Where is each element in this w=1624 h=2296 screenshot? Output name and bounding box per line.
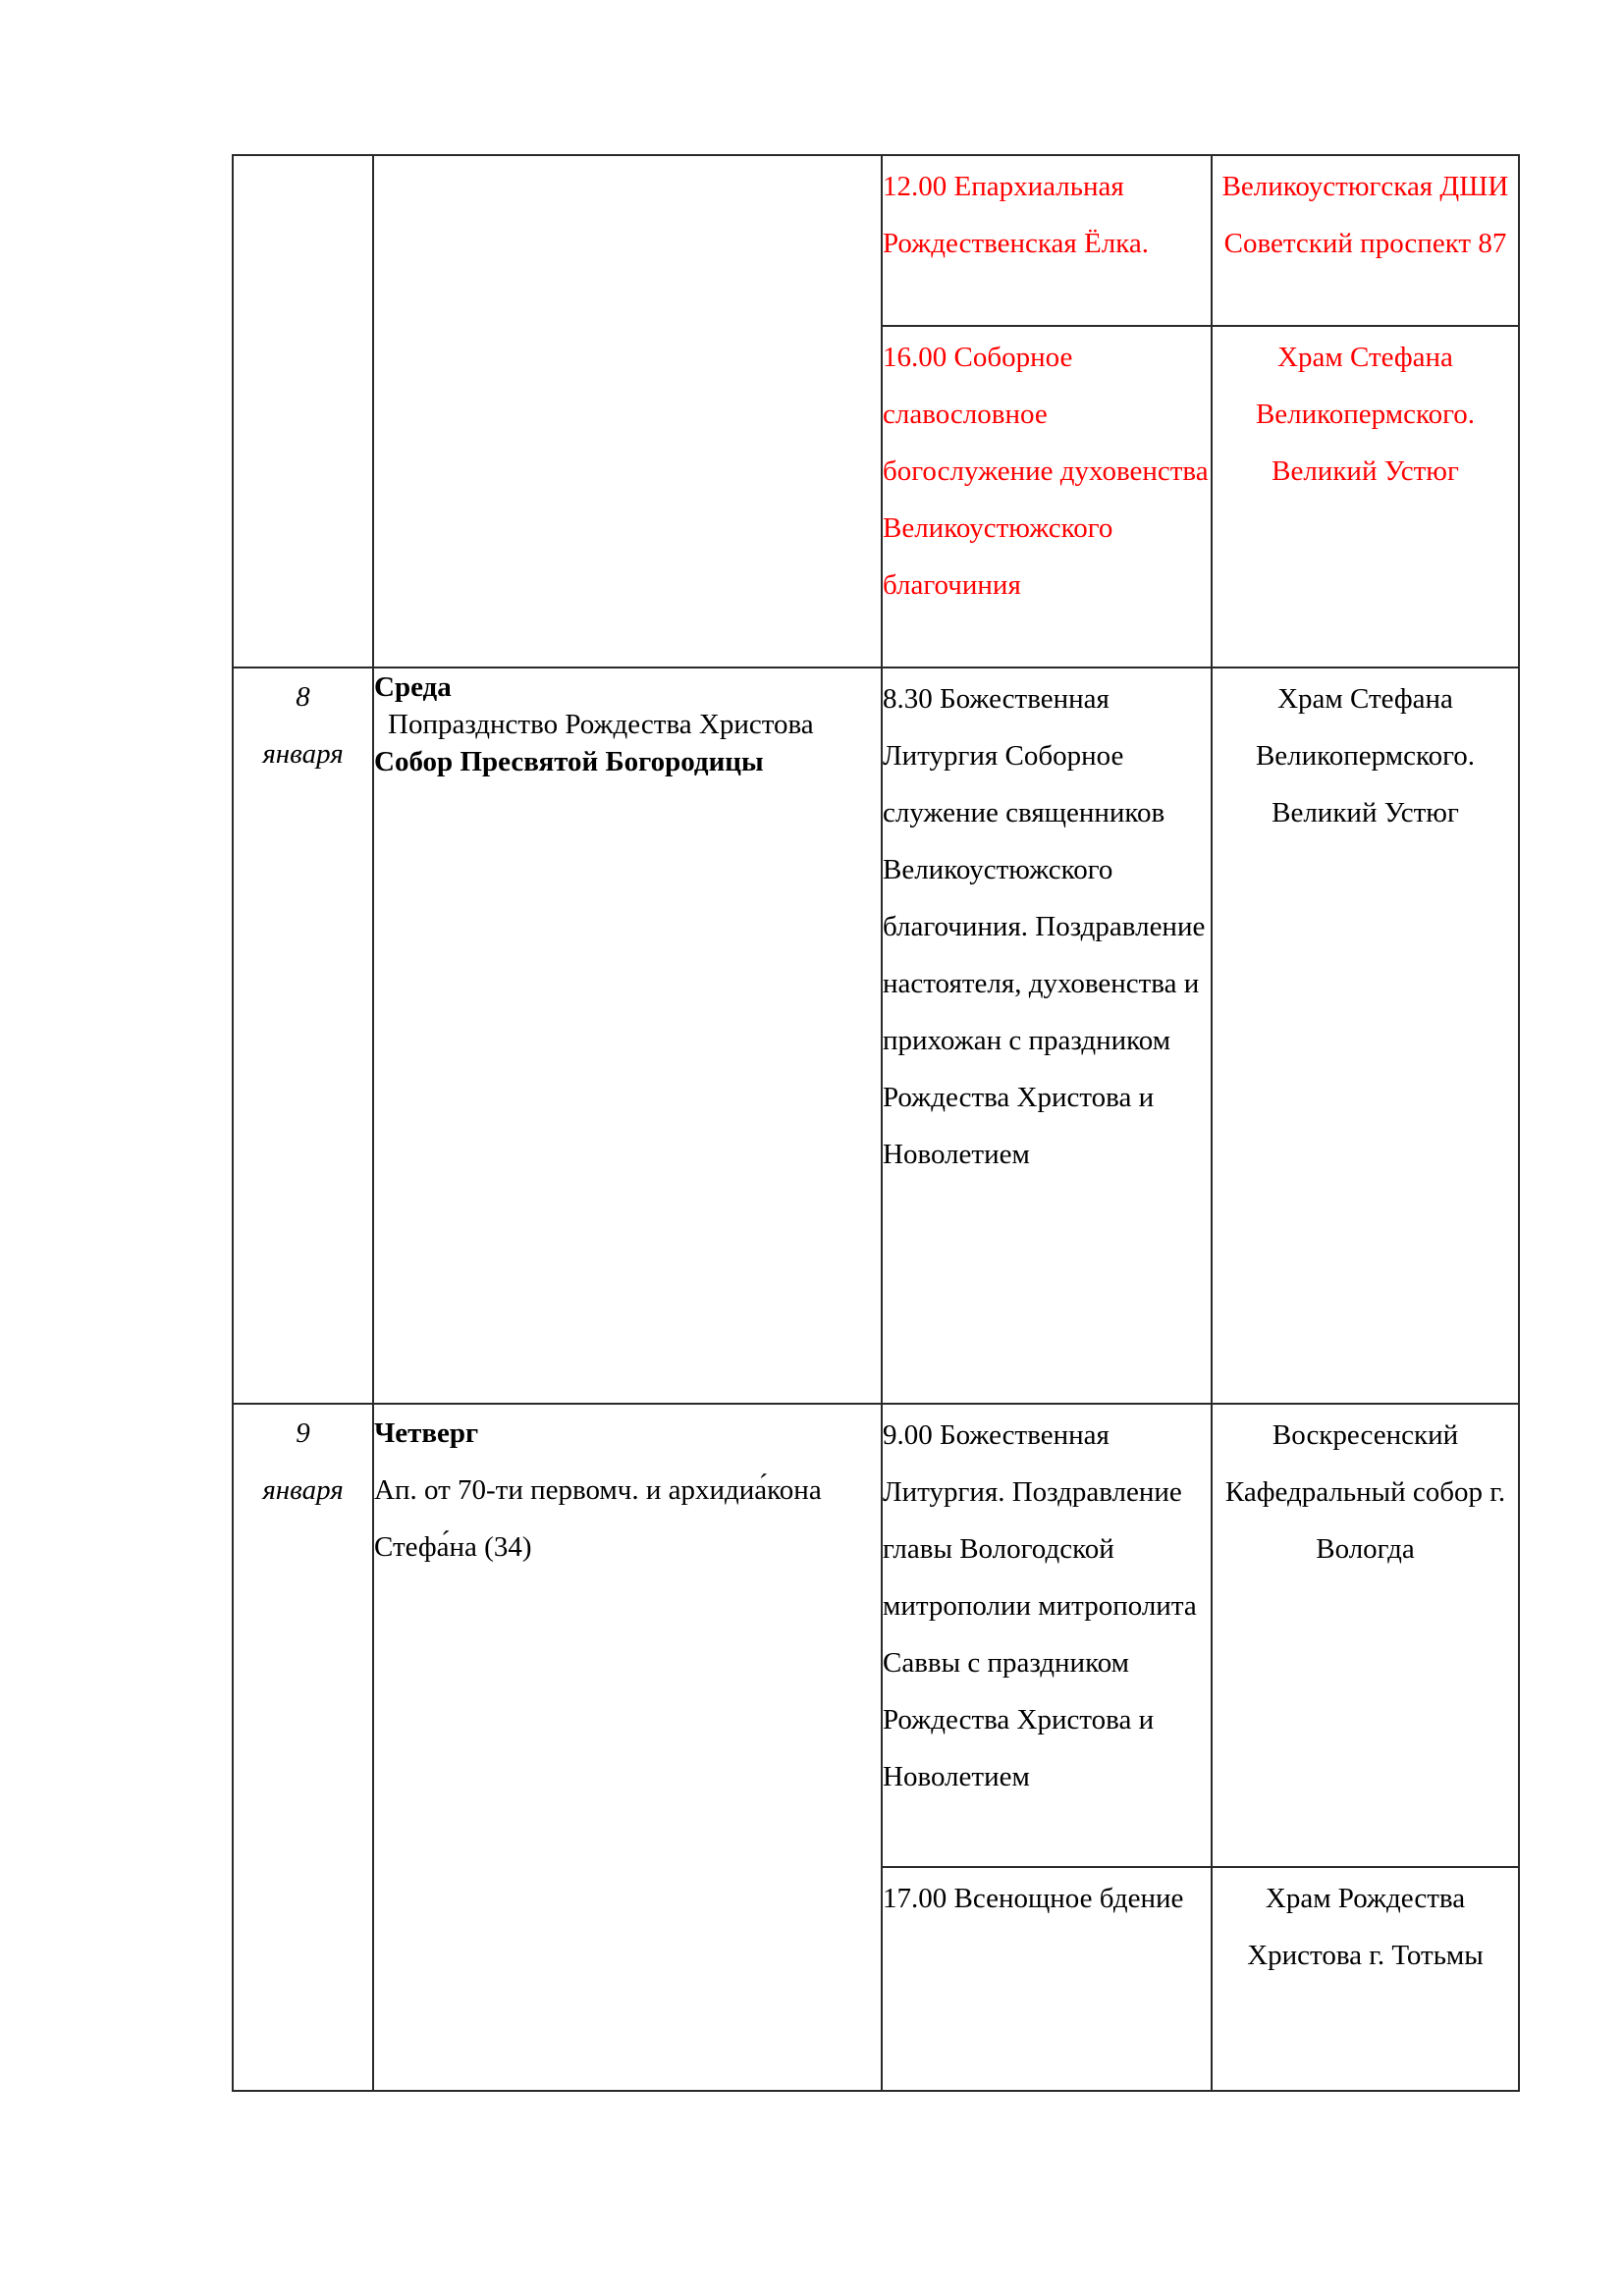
day-cell: Среда Попразднство Рождества Христова Со… xyxy=(373,667,882,1404)
table-row: 8 января Среда Попразднство Рождества Хр… xyxy=(233,667,1519,1404)
event-place: Храм Стефана Великопермского. Великий Ус… xyxy=(1213,668,1518,841)
feast-name: Ап. от 70-ти первомч. и архидиа́кона Сте… xyxy=(374,1462,881,1575)
place-cell: Храм Стефана Великопермского. Великий Ус… xyxy=(1212,326,1519,667)
day-cell: Четверг Ап. от 70-ти первомч. и архидиа́… xyxy=(373,1404,882,2091)
table-row: 9 января Четверг Ап. от 70-ти первомч. и… xyxy=(233,1404,1519,1867)
schedule-table: 12.00 Епархиальная Рождественская Ёлка. … xyxy=(232,154,1520,2092)
event-place: Храм Стефана Великопермского. Великий Ус… xyxy=(1213,327,1518,500)
event-text: 9.00 Божественная Литургия. Поздравление… xyxy=(883,1405,1211,1805)
place-cell: Воскресенский Кафедральный собор г. Воло… xyxy=(1212,1404,1519,1867)
event-text: 16.00 Соборное славословное богослужение… xyxy=(883,327,1211,614)
event-cell: 16.00 Соборное славословное богослужение… xyxy=(882,326,1212,667)
event-place: Храм Рождества Христова г. Тотьмы xyxy=(1213,1868,1518,1984)
date-cell: 8 января xyxy=(233,667,373,1404)
date-number: 9 xyxy=(234,1405,372,1462)
event-cell: 12.00 Епархиальная Рождественская Ёлка. xyxy=(882,155,1212,326)
event-cell: 8.30 Божественная Литургия Соборное служ… xyxy=(882,667,1212,1404)
event-cell: 9.00 Божественная Литургия. Поздравление… xyxy=(882,1404,1212,1867)
event-cell: 17.00 Всенощное бдение xyxy=(882,1867,1212,2091)
event-text: 12.00 Епархиальная Рождественская Ёлка. xyxy=(883,156,1211,272)
place-cell: Храм Рождества Христова г. Тотьмы xyxy=(1212,1867,1519,2091)
event-place: Великоустюгская ДШИ Советский проспект 8… xyxy=(1213,156,1518,272)
date-cell xyxy=(233,155,373,667)
date-cell: 9 января xyxy=(233,1404,373,2091)
event-text: 17.00 Всенощное бдение xyxy=(883,1868,1211,1927)
place-cell: Храм Стефана Великопермского. Великий Ус… xyxy=(1212,667,1519,1404)
place-cell: Великоустюгская ДШИ Советский проспект 8… xyxy=(1212,155,1519,326)
weekday: Четверг xyxy=(374,1405,881,1462)
event-text: 8.30 Божественная Литургия Соборное служ… xyxy=(883,668,1211,1183)
day-cell xyxy=(373,155,882,667)
event-place: Воскресенский Кафедральный собор г. Воло… xyxy=(1213,1405,1518,1577)
date-month: января xyxy=(234,1462,372,1519)
date-month: января xyxy=(234,725,372,782)
feast-name: Собор Пресвятой Богородицы xyxy=(374,743,881,780)
date-number: 8 xyxy=(234,668,372,725)
feast-name: Попразднство Рождества Христова xyxy=(374,706,881,743)
weekday: Среда xyxy=(374,668,881,706)
table-row: 12.00 Епархиальная Рождественская Ёлка. … xyxy=(233,155,1519,326)
